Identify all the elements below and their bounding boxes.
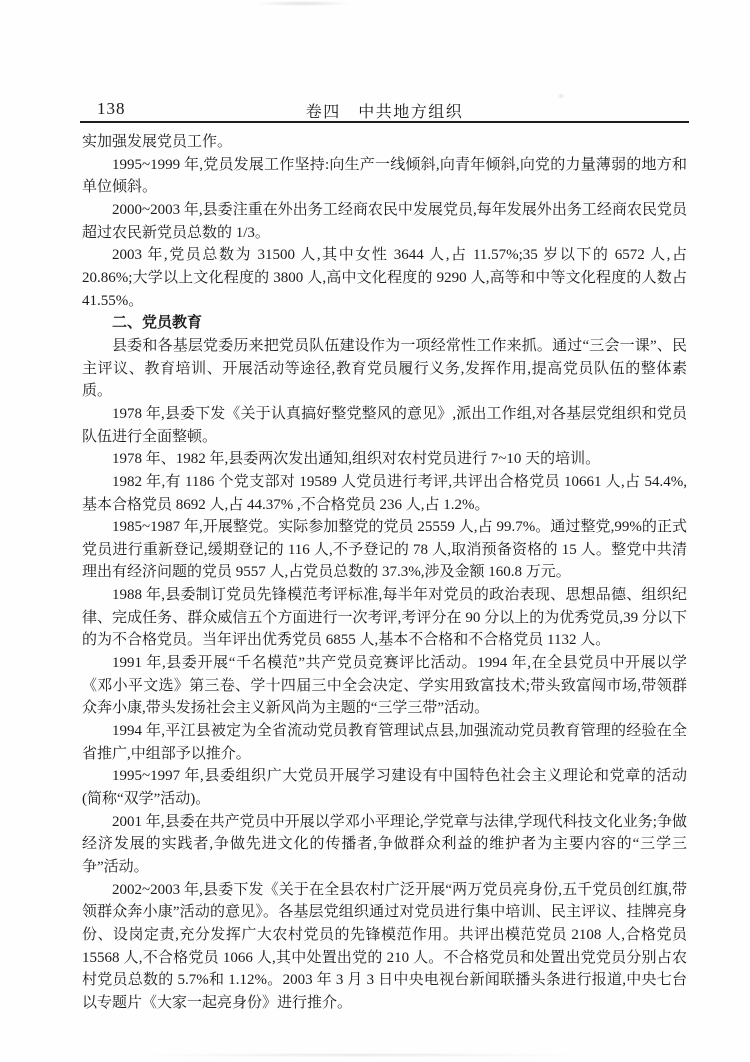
section-heading: 二、党员教育: [82, 312, 687, 335]
page-body: 实加强发展党员工作。 1995~1999 年,党员发展工作坚持:向生产一线倾斜,…: [82, 131, 687, 1015]
paragraph: 1978 年,县委下发《关于认真搞好整党整风的意见》,派出工作组,对各基层党组织…: [82, 403, 687, 448]
paragraph: 1995~1999 年,党员发展工作坚持:向生产一线倾斜,向青年倾斜,向党的力量…: [82, 154, 687, 199]
scan-smudge: [60, 1052, 660, 1058]
paragraph: 1994 年,平江县被定为全省流动党员教育管理试点县,加强流动党员教育管理的经验…: [82, 720, 687, 765]
paragraph: 1985~1987 年,开展整党。实际参加整党的党员 25559 人,占 99.…: [82, 516, 687, 584]
paragraph: 实加强发展党员工作。: [82, 131, 687, 154]
paragraph: 1982 年,有 1186 个党支部对 19589 人党员进行考评,共评出合格党…: [82, 471, 687, 516]
paragraph: 2001 年,县委在共产党员中开展以学邓小平理论,学党章与法律,学现代科技文化业…: [82, 811, 687, 879]
paragraph: 2003 年,党员总数为 31500 人,其中女性 3644 人,占 11.57…: [82, 244, 687, 312]
paragraph: 1988 年,县委制订党员先锋模范考评标准,每半年对党员的政治表现、思想品德、组…: [82, 584, 687, 652]
scan-smudge: [238, 0, 368, 7]
paragraph: 2002~2003 年,县委下发《关于在全县农村广泛开展“两万党员亮身份,五千党…: [82, 879, 687, 1015]
paragraph: 2000~2003 年,县委注重在外出务工经商农民中发展党员,每年发展外出务工经…: [82, 199, 687, 244]
header-rule: [80, 121, 689, 123]
book-page: 138 卷四 中共地方组织 实加强发展党员工作。 1995~1999 年,党员发…: [0, 0, 750, 1062]
page-header: 138 卷四 中共地方组织: [80, 99, 689, 121]
paragraph: 1978 年、1982 年,县委两次发出通知,组织对农村党员进行 7~10 天的…: [82, 448, 687, 471]
paragraph: 县委和各基层党委历来把党员队伍建设作为一项经常性工作来抓。通过“三会一课”、民主…: [82, 335, 687, 403]
paragraph: 1995~1997 年,县委组织广大党员开展学习建设有中国特色社会主义理论和党章…: [82, 765, 687, 810]
paragraph: 1991 年,县委开展“千名模范”共产党员竞赛评比活动。1994 年,在全县党员…: [82, 652, 687, 720]
running-title: 卷四 中共地方组织: [80, 99, 689, 122]
